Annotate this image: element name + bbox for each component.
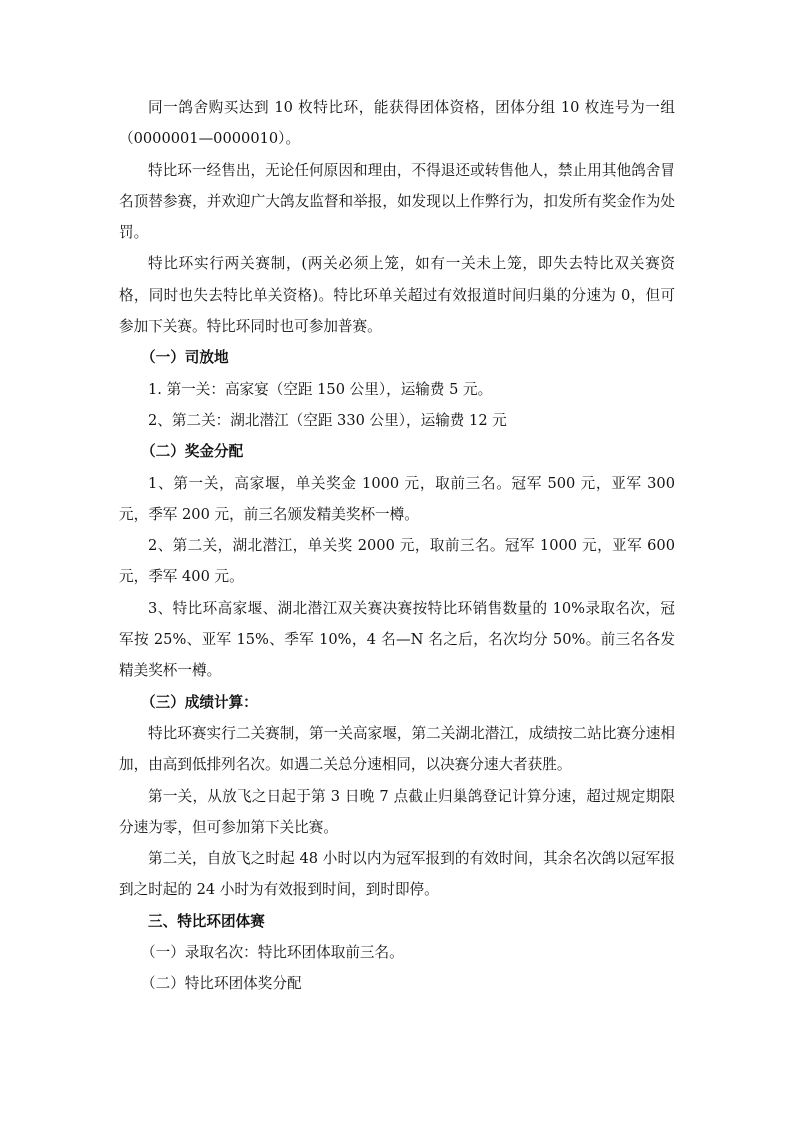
- paragraph-stage-one-deadline: 第一关，从放飞之日起于第 3 日晚 7 点截止归巢鸽登记计算分速，超过规定期限分…: [119, 781, 675, 844]
- paragraph-ring-sales-rules: 特比环一经售出，无论任何原因和理由，不得退还或转售他人，禁止用其他鸽舍冒名顶替参…: [119, 155, 675, 249]
- section-heading-team-race: 三、特比环团体赛: [119, 906, 675, 937]
- subheading-team-prize: （二）特比环团体奖分配: [119, 968, 675, 999]
- paragraph-score-method: 特比环赛实行二关赛制，第一关高家堰，第二关湖北潜江，成绩按二站比赛分速相加，由高…: [119, 718, 675, 781]
- paragraph-prize-stage-two: 2、第二关，湖北潜江，单关奖 2000 元，取前三名。冠军 1000 元，亚军 …: [119, 530, 675, 593]
- subheading-team-ranking: （一）录取名次：特比环团体取前三名。: [119, 937, 675, 968]
- paragraph-prize-double-stage: 3、特比环高家堰、湖北潜江双关赛决赛按特比环销售数量的 10%录取名次，冠军按 …: [119, 593, 675, 687]
- subheading-release-sites: （一）司放地: [119, 342, 675, 373]
- list-item-stage-two: 2、第二关：湖北潜江（空距 330 公里），运输费 12 元: [119, 405, 675, 436]
- paragraph-stage-two-deadline: 第二关，自放飞之时起 48 小时以内为冠军报到的有效时间，其余名次鸽以冠军报到之…: [119, 843, 675, 906]
- subheading-score-calculation: （三）成绩计算：: [119, 687, 675, 718]
- subheading-prize-distribution: （二）奖金分配: [119, 436, 675, 467]
- paragraph-team-eligibility: 同一鸽舍购买达到 10 枚特比环，能获得团体资格，团体分组 10 枚连号为一组（…: [119, 92, 675, 155]
- paragraph-two-stage-system: 特比环实行两关赛制，(两关必须上笼，如有一关未上笼，即失去特比双关赛资格，同时也…: [119, 248, 675, 342]
- list-item-stage-one: 1. 第一关：高家宴（空距 150 公里），运输费 5 元。: [119, 374, 675, 405]
- paragraph-prize-stage-one: 1、第一关，高家堰，单关奖金 1000 元，取前三名。冠军 500 元，亚军 3…: [119, 468, 675, 531]
- document-page: 同一鸽舍购买达到 10 枚特比环，能获得团体资格，团体分组 10 枚连号为一组（…: [119, 92, 675, 1000]
